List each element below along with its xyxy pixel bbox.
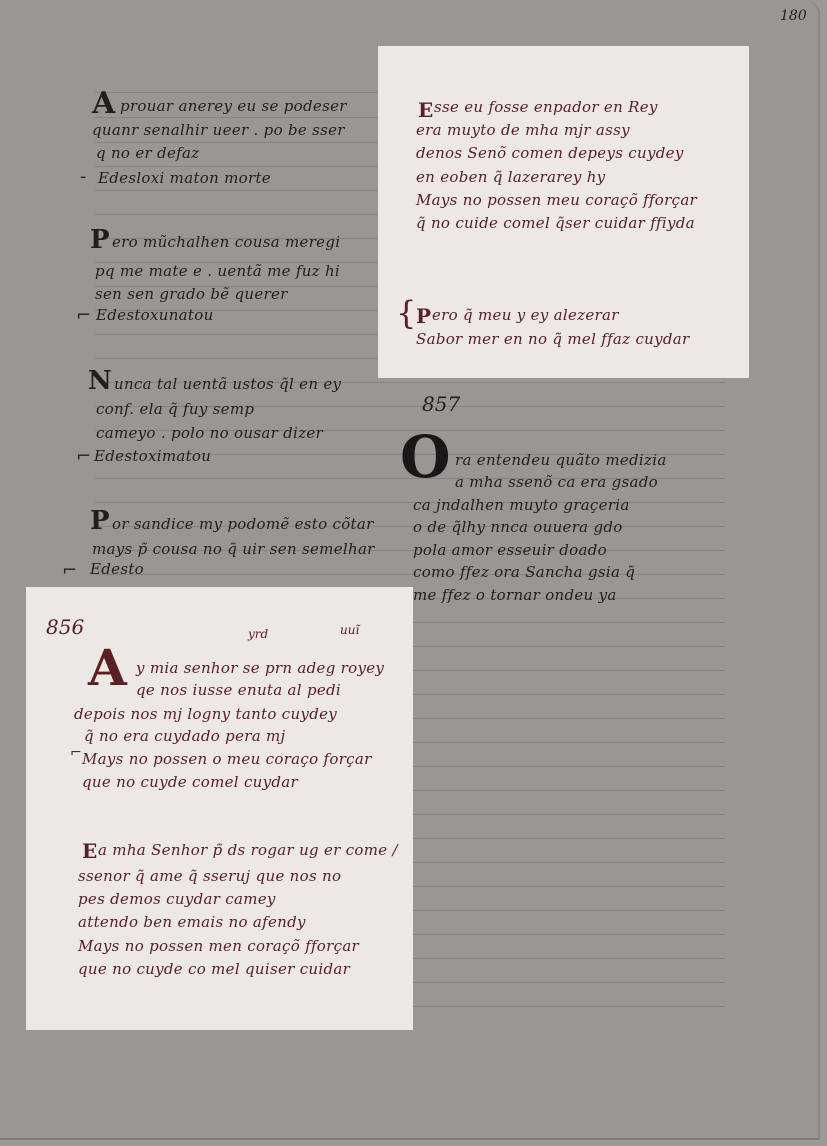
verse-line: or sandice my podomẽ esto cõtar (112, 515, 374, 533)
verse-line: Sabor mer en no q̃ mel ffaz cuydar (416, 330, 690, 348)
initial-letter: E (418, 98, 433, 122)
verse-line: ra entendeu quãto medizia (455, 451, 667, 469)
verse-line: a mha ssenõ ca era gsado (455, 473, 658, 491)
verse-line: quanr senalhir ueer . po be sser (92, 121, 345, 139)
initial-letter: N (88, 366, 112, 396)
verse-line: ero q̃ meu y ey alezerar (432, 306, 619, 324)
verse-line: Mays no possen men coraçõ fforçar (78, 937, 359, 955)
verse-line: me ffez o tornar ondeu ya (413, 586, 617, 604)
refrain-line: Edestoximatou (94, 447, 211, 465)
verse-line: mays p̃ cousa no q̃ uir sen semelhar (92, 540, 375, 558)
verse-line: denos Senõ comen depeys cuydey (416, 144, 684, 162)
verse-line: que no cuyde co mel quiser cuidar (78, 960, 350, 978)
poem-number: 856 (46, 615, 84, 639)
verse-line: q no er defaz (96, 144, 199, 162)
paragraph-mark: ⌐ (76, 305, 91, 326)
paragraph-mark: ⌐ (62, 560, 77, 581)
verse-line: q̃ no era cuydado pera mj (84, 727, 286, 745)
initial-letter: P (90, 225, 110, 255)
highlight-region-bottom-left: 856 yrd uuĩ A y mia senhor se prn adeg r… (26, 587, 413, 1030)
verse-line: q̃ no cuide comel q̃ser cuidar ffiyda (416, 214, 695, 232)
initial-letter: A (88, 643, 127, 693)
initial-letter: A (92, 86, 115, 121)
verse-line: en eoben q̃ lazerarey hy (416, 168, 605, 186)
folio-number: 180 (780, 8, 807, 24)
verse-line: ero mũchalhen cousa meregi (112, 233, 340, 251)
verse-line: attendo ben emais no afendy (78, 913, 306, 931)
verse-line: unca tal uentã ustos q̃l en ey (114, 375, 341, 393)
verse-line: pes demos cuydar camey (78, 890, 276, 908)
refrain-line: Edesto (90, 560, 144, 578)
verse-line: y mia senhor se prn adeg royey (136, 659, 384, 677)
verse-line: o de q̃lhy nnca ouuera gdo (413, 518, 623, 536)
verse-line: conf. ela q̃ fuy semp (96, 400, 254, 418)
highlight-region-top-right: E sse eu fosse enpador en Rey era muyto … (378, 46, 749, 378)
verse-line: a mha Senhor p̃ ds rogar ug er come / (98, 841, 398, 859)
verse-line: sse eu fosse enpador en Rey (434, 98, 658, 116)
poem-number: 857 (422, 392, 460, 416)
verse-line: sen sen grado bẽ querer (95, 285, 288, 303)
verse-line: pola amor esseuir doado (413, 541, 607, 559)
verse-line: era muyto de mha mjr assy (416, 121, 630, 139)
verse-line: qe nos iusse enuta al pedi (136, 681, 341, 699)
dash-mark: - (80, 166, 86, 187)
verse-line: ssenor q̃ ame q̃ sseruj que nos no (78, 867, 341, 885)
verse-line: cameyo . polo no ousar dizer (96, 424, 323, 442)
initial-letter: P (416, 304, 431, 328)
refrain-line: Edesloxi maton morte (98, 169, 271, 187)
refrain-line: Edestoxunatou (96, 306, 214, 324)
verse-line: prouar anerey eu se podeser (120, 97, 347, 115)
verse-line: Mays no possen meu coraçõ fforçar (416, 191, 697, 209)
paragraph-mark: ⌐ (70, 745, 82, 761)
brace-mark: { (396, 294, 416, 332)
marginal-note: yrd (248, 627, 268, 641)
verse-line: pq me mate e . uentã me fuz hi (95, 262, 340, 280)
verse-line: que no cuyde comel cuydar (82, 773, 298, 791)
initial-letter: O (400, 428, 451, 486)
paragraph-mark: ⌐ (76, 446, 91, 467)
verse-line: ca jndalhen muyto graçeria (413, 496, 630, 514)
verse-line: Mays no possen o meu coraço forçar (82, 750, 372, 768)
initial-letter: E (82, 839, 97, 863)
verse-line: depois nos mj logny tanto cuydey (74, 705, 337, 723)
manuscript-page: 180 A prouar anerey eu se podeser quanr … (0, 0, 820, 1140)
initial-letter: P (90, 506, 110, 536)
marginal-note: uuĩ (340, 623, 359, 637)
verse-line: como ffez ora Sancha gsia q̃ (413, 563, 635, 581)
